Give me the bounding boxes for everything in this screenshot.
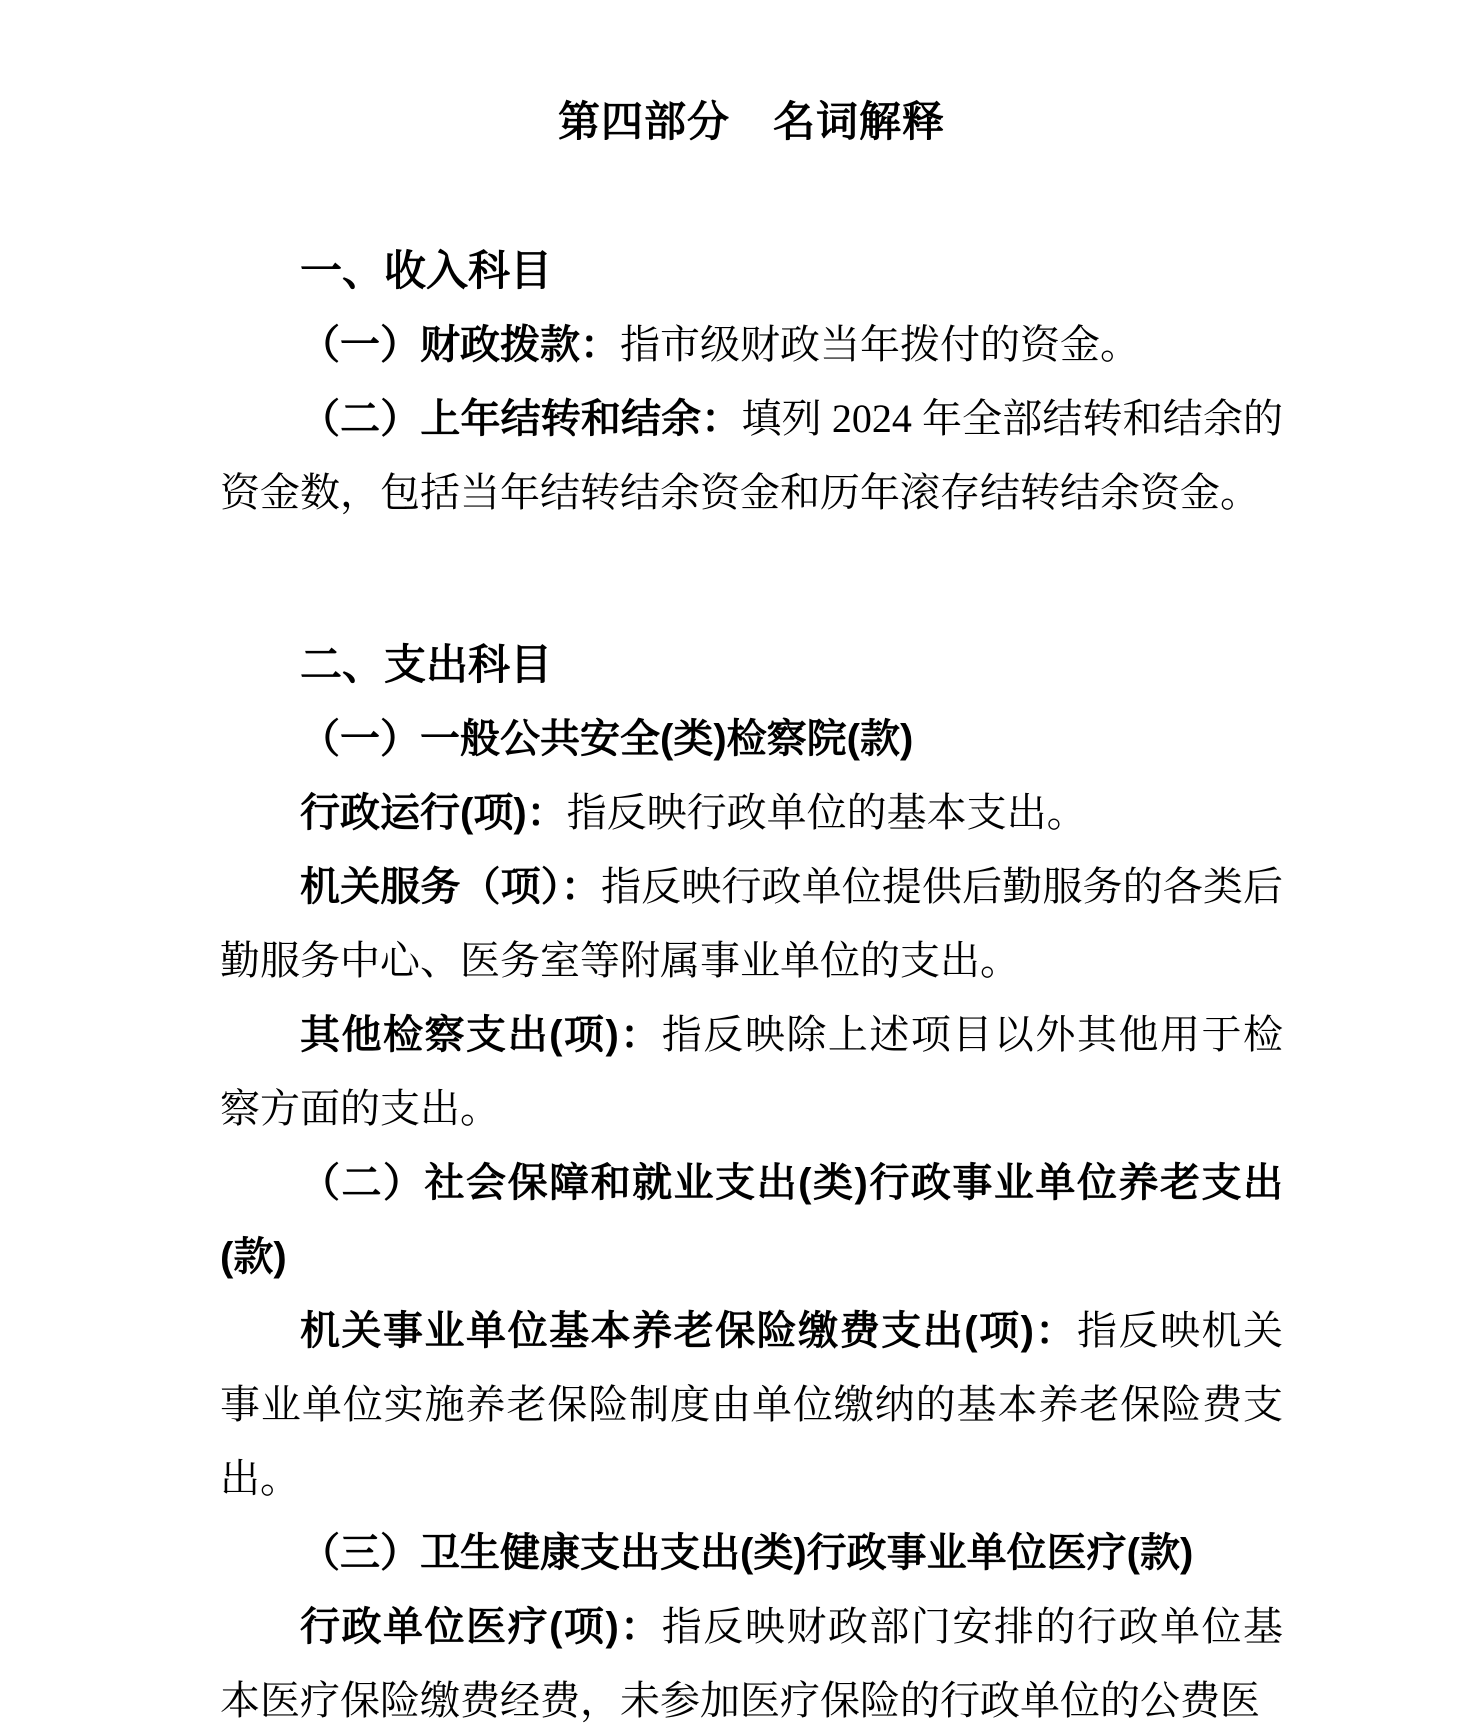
term-label: （一）财政拨款： xyxy=(300,323,620,367)
paragraph-administrative-unit-medical: 行政单位医疗(项)：指反映财政部门安排的行政单位基本医疗保险缴费经费，未参加医疗… xyxy=(220,1590,1283,1736)
term-definition: 指反映行政单位的基本支出。 xyxy=(567,790,1087,835)
term-label: （三）卫生健康支出支出(类)行政事业单位医疗(款) xyxy=(300,1531,1193,1575)
term-definition: 指市级财政当年拨付的资金。 xyxy=(620,322,1140,367)
term-label: （二）上年结转和结余： xyxy=(300,397,741,441)
section-expenditure-heading: 二、支出科目 xyxy=(220,628,1283,702)
paragraph-health-expenditure-class: （三）卫生健康支出支出(类)行政事业单位医疗(款) xyxy=(220,1516,1283,1590)
term-label: 行政单位医疗(项)： xyxy=(300,1605,662,1649)
term-label: 行政运行(项)： xyxy=(300,791,567,835)
document-title: 第四部分 名词解释 xyxy=(220,86,1283,160)
document-page: 第四部分 名词解释 一、收入科目 （一）财政拨款：指市级财政当年拨付的资金。 （… xyxy=(0,0,1480,1736)
paragraph-carryover-balance: （二）上年结转和结余：填列 2024 年全部结转和结余的资金数，包括当年结转结余… xyxy=(220,382,1283,530)
paragraph-other-procuratorial-expenditure: 其他检察支出(项)：指反映除上述项目以外其他用于检察方面的支出。 xyxy=(220,998,1283,1146)
paragraph-agency-services: 机关服务（项）：指反映行政单位提供后勤服务的各类后勤服务中心、医务室等附属事业单… xyxy=(220,850,1283,998)
paragraph-administrative-operation: 行政运行(项)：指反映行政单位的基本支出。 xyxy=(220,776,1283,850)
term-label: 机关服务（项）： xyxy=(300,865,601,909)
term-label: 机关事业单位基本养老保险缴费支出(项)： xyxy=(300,1309,1077,1353)
term-label: 其他检察支出(项)： xyxy=(300,1013,662,1057)
section-income-heading: 一、收入科目 xyxy=(220,234,1283,308)
paragraph-public-security-class: （一）一般公共安全(类)检察院(款) xyxy=(220,702,1283,776)
term-label: （一）一般公共安全(类)检察院(款) xyxy=(300,717,913,761)
section-income: 一、收入科目 （一）财政拨款：指市级财政当年拨付的资金。 （二）上年结转和结余：… xyxy=(220,234,1283,530)
paragraph-social-security-class: （二）社会保障和就业支出(类)行政事业单位养老支出(款) xyxy=(220,1146,1283,1294)
term-label: （二）社会保障和就业支出(类)行政事业单位养老支出(款) xyxy=(220,1161,1283,1279)
paragraph-pension-contribution: 机关事业单位基本养老保险缴费支出(项)：指反映机关事业单位实施养老保险制度由单位… xyxy=(220,1294,1283,1516)
section-expenditure: 二、支出科目 （一）一般公共安全(类)检察院(款) 行政运行(项)：指反映行政单… xyxy=(220,628,1283,1736)
paragraph-fiscal-appropriation: （一）财政拨款：指市级财政当年拨付的资金。 xyxy=(220,308,1283,382)
